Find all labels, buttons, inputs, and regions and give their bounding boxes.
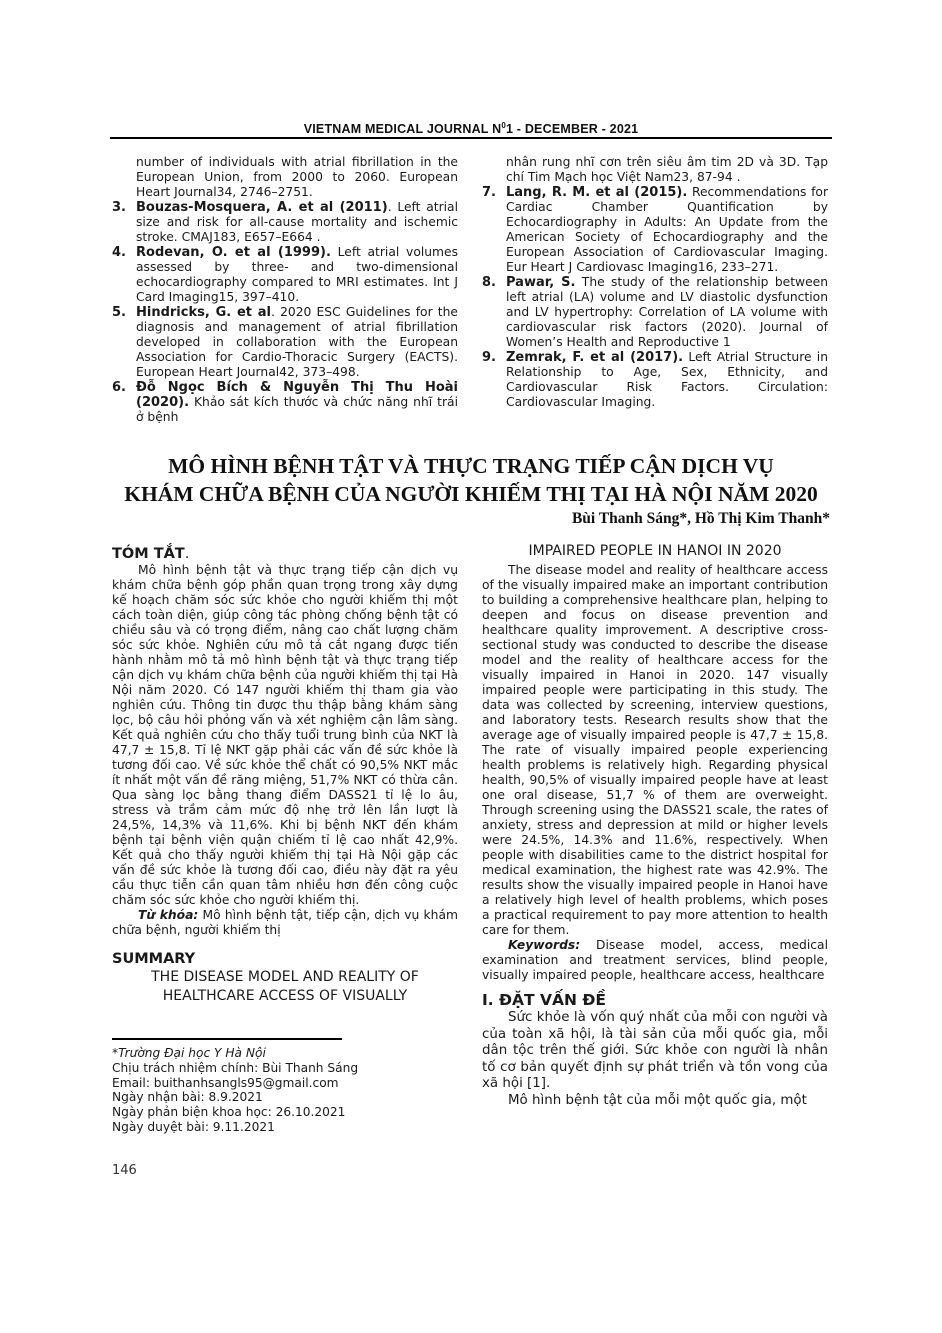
journal-page: VIETNAM MEDICAL JOURNAL N01 - DECEMBER -… [0, 0, 942, 1333]
reference-text: number of individuals with atrial fibril… [136, 155, 458, 199]
reference-number: 6. [112, 380, 136, 425]
running-head-suffix: 1 - DECEMBER - 2021 [506, 122, 638, 136]
page-number: 146 [112, 1163, 137, 1178]
article-title: MÔ HÌNH BỆNH TẬT VÀ THỰC TRẠNG TIẾP CẬN … [110, 452, 832, 508]
footnote-email: Email: buithanhsangls95@gmail.com [112, 1076, 458, 1091]
reference-author: Pawar, S. [506, 275, 575, 290]
keywords-label: Keywords: [508, 938, 580, 952]
reference-number: 9. [482, 350, 506, 410]
summary-title-line: HEALTHCARE ACCESS OF VISUALLY [112, 987, 458, 1006]
footnote-review-date: Ngày phản biện khoa học: 26.10.2021 [112, 1105, 458, 1120]
introduction-heading: I. ĐẶT VẤN ĐỀ [482, 990, 828, 1010]
reference-number: 7. [482, 185, 506, 275]
footnote-rule [112, 1038, 342, 1040]
summary-title-line: IMPAIRED PEOPLE IN HANOI IN 2020 [482, 542, 828, 561]
abstract-vi-keywords: Từ khóa: Mô hình bệnh tật, tiếp cận, dịc… [112, 908, 458, 938]
reference-item: 9. Zemrak, F. et al (2017). Left Atrial … [482, 350, 828, 410]
header-rule [110, 137, 832, 139]
abstract-vi-heading: TÓM TẮT. [112, 545, 458, 563]
reference-item: 5. Hindricks, G. et al. 2020 ESC Guideli… [112, 305, 458, 380]
reference-continuation: number of individuals with atrial fibril… [112, 155, 458, 200]
reference-item: 7. Lang, R. M. et al (2015). Recommendat… [482, 185, 828, 275]
reference-author: Zemrak, F. et al (2017). [506, 350, 683, 365]
summary-body: The disease model and reality of healthc… [482, 563, 828, 938]
references-left-column: number of individuals with atrial fibril… [112, 155, 458, 425]
summary-title-line: THE DISEASE MODEL AND REALITY OF [112, 968, 458, 987]
keywords-label: Từ khóa: [138, 908, 198, 922]
introduction-paragraph: Sức khỏe là vốn quý nhất của mỗi con ngư… [482, 1010, 828, 1093]
introduction-paragraph: Mô hình bệnh tật của mỗi một quốc gia, m… [482, 1093, 828, 1110]
reference-number: 4. [112, 245, 136, 305]
introduction-section: I. ĐẶT VẤN ĐỀ Sức khỏe là vốn quý nhất c… [482, 990, 828, 1109]
abstract-vi-heading-text: TÓM TẮT [112, 546, 185, 562]
reference-item: 8. Pawar, S. The study of the relationsh… [482, 275, 828, 350]
summary-keywords: Keywords: Disease model, access, medical… [482, 938, 828, 983]
article-title-line: MÔ HÌNH BỆNH TẬT VÀ THỰC TRẠNG TIẾP CẬN … [110, 452, 832, 480]
reference-author: Hindricks, G. et al [136, 305, 271, 320]
footnote-responsible: Chịu trách nhiệm chính: Bùi Thanh Sáng [112, 1061, 458, 1076]
references-right-column: nhân rung nhĩ cơn trên siêu âm tim 2D và… [482, 155, 828, 410]
reference-item: 4. Rodevan, O. et al (1999). Left atrial… [112, 245, 458, 305]
footnote-affiliation: *Trường Đại học Y Hà Nội [112, 1046, 458, 1061]
reference-continuation: nhân rung nhĩ cơn trên siêu âm tim 2D và… [482, 155, 828, 185]
reference-number: 8. [482, 275, 506, 350]
heading-dot: . [185, 546, 190, 562]
abstract-right-column: IMPAIRED PEOPLE IN HANOI IN 2020 The dis… [482, 542, 828, 1109]
reference-author: Lang, R. M. et al (2015). [506, 185, 687, 200]
running-head: VIETNAM MEDICAL JOURNAL N01 - DECEMBER -… [110, 121, 832, 136]
footnote-approval-date: Ngày duyệt bài: 9.11.2021 [112, 1120, 458, 1135]
reference-item: 6. Đỗ Ngọc Bích & Nguyễn Thị Thu Hoài (2… [112, 380, 458, 425]
reference-number: 5. [112, 305, 136, 380]
footnote-received-date: Ngày nhận bài: 8.9.2021 [112, 1090, 458, 1105]
summary-heading: SUMMARY [112, 950, 458, 968]
reference-author: Bouzas-Mosquera, A. et al (2011) [136, 200, 388, 215]
reference-item: 3. Bouzas-Mosquera, A. et al (2011). Lef… [112, 200, 458, 245]
abstract-vi-body: Mô hình bệnh tật và thực trạng tiếp cận … [112, 563, 458, 908]
abstract-left-column: TÓM TẮT. Mô hình bệnh tật và thực trạng … [112, 545, 458, 1006]
reference-number: 3. [112, 200, 136, 245]
article-title-line: KHÁM CHỮA BỆNH CỦA NGƯỜI KHIẾM THỊ TẠI H… [110, 480, 832, 508]
reference-text: nhân rung nhĩ cơn trên siêu âm tim 2D và… [506, 155, 828, 184]
footnotes: *Trường Đại học Y Hà Nội Chịu trách nhiệ… [112, 1046, 458, 1135]
running-head-prefix: VIETNAM MEDICAL JOURNAL N [304, 122, 502, 136]
article-authors: Bùi Thanh Sáng*, Hồ Thị Kim Thanh* [572, 510, 830, 528]
reference-author: Rodevan, O. et al (1999). [136, 245, 331, 260]
